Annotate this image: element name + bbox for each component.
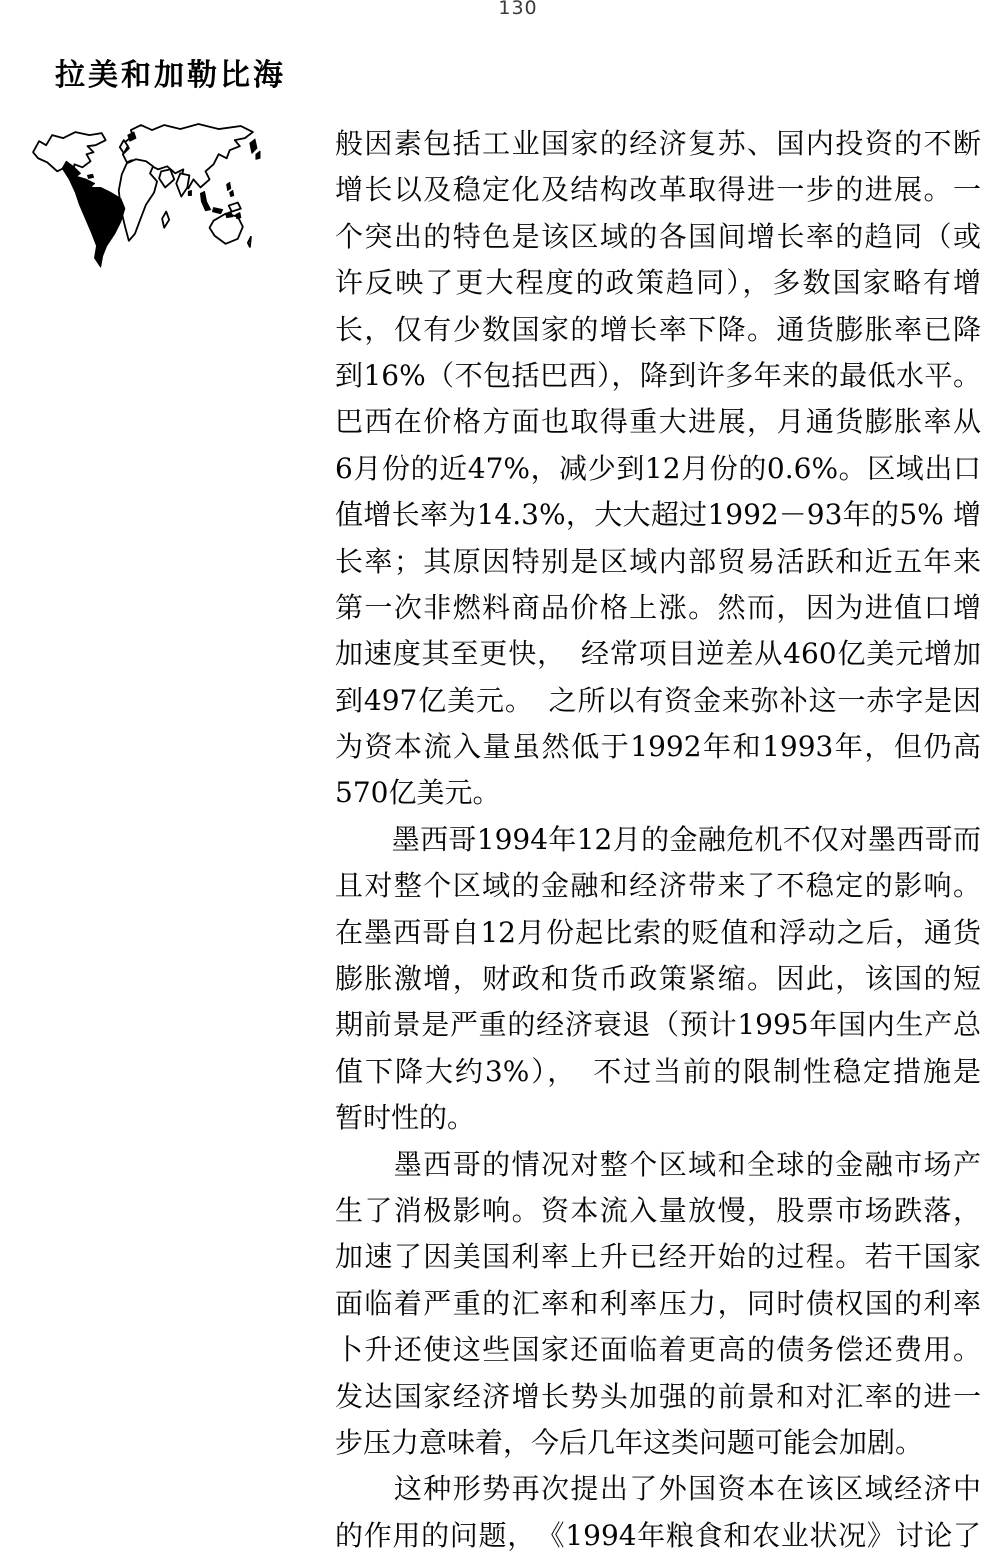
body-text-line: 加速度其至更快， 经常项目逆差从460亿美元增加: [335, 631, 981, 677]
world-map-latin-america-icon: [29, 121, 263, 268]
body-text-line: 暂时性的。: [335, 1095, 981, 1141]
map-philippines-south: [230, 190, 234, 196]
body-text-line: 卜升还使这些国家还面临着更高的债务偿还费用。: [335, 1327, 981, 1373]
body-text-line: 巴西在价格方面也取得重大进展，月通货膨胀率从: [335, 399, 981, 445]
body-text-line: 加速了因美国利率上升已经开始的过程。若干国家: [335, 1234, 981, 1280]
body-text-line: 为资本流入量虽然低于1992年和1993年，但仍高达: [335, 724, 981, 770]
page-number: 130: [0, 0, 1000, 19]
body-text-line: 这种形势再次提出了外国资本在该区域经济中: [335, 1466, 981, 1512]
body-text-line: 般因素包括工业国家的经济复苏、国内投资的不断: [335, 121, 981, 167]
scanned-document-page: 130 拉美和加勒比海: [0, 0, 1000, 1557]
map-sri-lanka: [188, 190, 191, 195]
body-text-line: 到497亿美元。 之所以有资金来弥补这一赤字是因: [335, 678, 981, 724]
body-text-line: 且对整个区域的金融和经济带来了不稳定的影响。: [335, 863, 981, 909]
body-text-line: 步压力意味着，今后几年这类问题可能会加剧。: [335, 1420, 981, 1466]
body-text-line: 墨西哥1994年12月的金融危机不仅对墨西哥而: [335, 817, 981, 863]
body-text-line: 长率；其原因特别是区域内部贸易活跃和近五年来: [335, 539, 981, 585]
body-text-line: 个突出的特色是该区域的各国间增长率的趋同（或: [335, 214, 981, 260]
world-map-svg: [29, 121, 263, 268]
body-text-line: 期前景是严重的经济衰退（预计1995年国内生产总: [335, 1002, 981, 1048]
map-arabia: [159, 169, 174, 187]
body-text-line: 面临着严重的汇率和利率压力，同时债权国的利率: [335, 1281, 981, 1327]
body-text-column: 般因素包括工业国家的经济复苏、国内投资的不断 增长以及稳定化及结构改革取得进一步…: [335, 121, 981, 1557]
map-india: [176, 173, 189, 196]
body-text-line: 增长以及稳定化及结构改革取得进一步的进展。一: [335, 167, 981, 213]
body-text-line: 墨西哥的情况对整个区域和全球的金融市场产: [335, 1142, 981, 1188]
body-text-line: 膨胀激增，财政和货币政策紧缩。因此，该国的短: [335, 956, 981, 1002]
map-japan: [250, 139, 257, 153]
body-text-line: 的作用的问题， 《1994年粮食和农业状况》讨论了: [335, 1513, 981, 1557]
map-madagascar: [162, 212, 169, 228]
body-text-line: 长，仅有少数国家的增长率下降。通货膨胀率已降: [335, 307, 981, 353]
map-japan-south: [256, 151, 260, 159]
body-text-line: 发达国家经济增长势头加强的前景和对汇率的进一: [335, 1374, 981, 1420]
map-philippines: [227, 182, 231, 190]
body-text-line: 第一次非燃料商品价格上涨。然而，因为进值口增: [335, 585, 981, 631]
map-sulawesi: [236, 213, 241, 219]
section-heading: 拉美和加勒比海: [55, 50, 286, 94]
map-borneo: [226, 212, 233, 218]
body-text-line: 6月份的近47%，减少到12月份的0.6%。区域出口: [335, 446, 981, 492]
map-new-zealand: [248, 237, 251, 247]
map-new-guinea: [229, 203, 241, 212]
map-java: [213, 208, 223, 214]
map-caribbean: [88, 174, 94, 178]
map-sumatra: [200, 191, 210, 210]
body-text-line: 570亿美元。: [335, 770, 981, 816]
body-text-line: 值增长率为14.3%，大大超过1992－93年的5% 增: [335, 492, 981, 538]
body-text-line: 到16%（不包括巴西），降到许多年来的最低水平。: [335, 353, 981, 399]
body-text-line: 许反映了更大程度的政策趋同），多数国家略有增: [335, 260, 981, 306]
map-africa: [119, 159, 157, 241]
body-text-line: 生了消极影响。资本流入量放慢，股票市场跌落，: [335, 1188, 981, 1234]
body-text-line: 在墨西哥自12月份起比索的贬值和浮动之后，通货: [335, 910, 981, 956]
body-text-line: 值下降大约3%）， 不过当前的限制性稳定措施是: [335, 1049, 981, 1095]
